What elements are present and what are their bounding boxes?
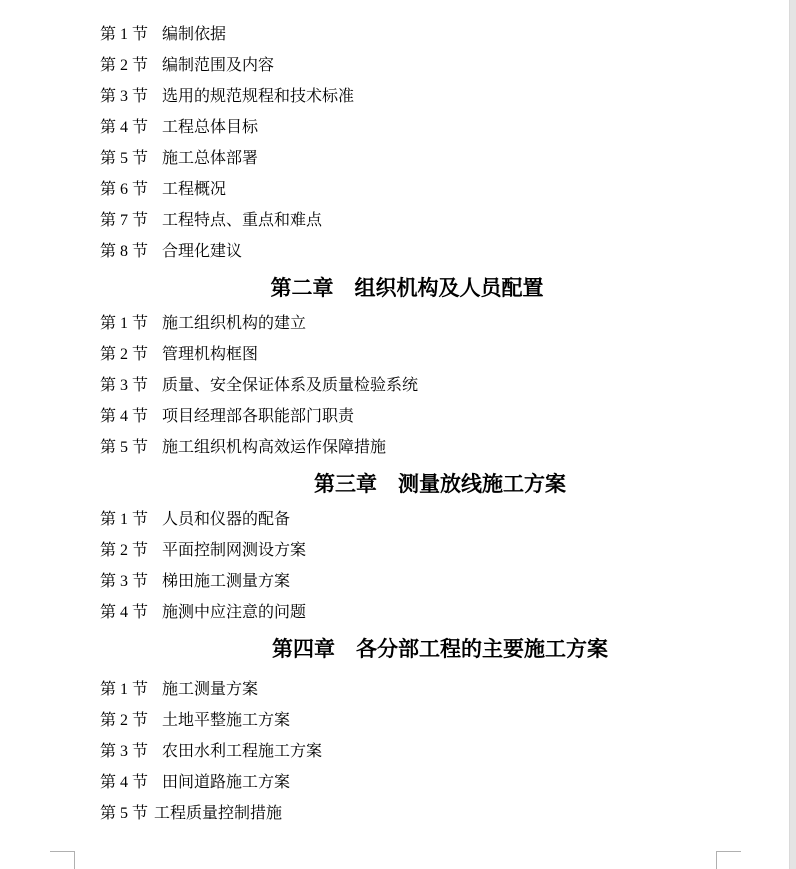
toc-entry[interactable]: 第 4 节田间道路施工方案 <box>100 767 796 798</box>
chapter-4-sections: 第 1 节施工测量方案 第 2 节土地平整施工方案 第 3 节农田水利工程施工方… <box>80 674 796 829</box>
toc-entry[interactable]: 第 3 节质量、安全保证体系及质量检验系统 <box>100 370 796 401</box>
toc-entry[interactable]: 第 2 节编制范围及内容 <box>100 50 796 81</box>
section-title: 项目经理部各职能部门职责 <box>162 408 354 425</box>
section-title: 工程特点、重点和难点 <box>162 212 322 229</box>
section-number: 第 7 节 <box>100 212 148 229</box>
section-title: 工程总体目标 <box>162 119 258 136</box>
section-title: 选用的规范规程和技术标准 <box>162 88 354 105</box>
toc-entry[interactable]: 第 4 节项目经理部各职能部门职责 <box>100 401 796 432</box>
chapter-2-heading[interactable]: 第二章 组织机构及人员配置 <box>80 269 796 307</box>
section-number: 第 1 节 <box>100 681 148 698</box>
chapter-2-sections: 第 1 节施工组织机构的建立 第 2 节管理机构框图 第 3 节质量、安全保证体… <box>80 308 796 463</box>
section-number: 第 3 节 <box>100 743 148 760</box>
section-title: 施工总体部署 <box>162 150 258 167</box>
section-number: 第 2 节 <box>100 346 148 363</box>
section-number: 第 6 节 <box>100 181 148 198</box>
section-title: 编制依据 <box>162 26 226 43</box>
section-title: 土地平整施工方案 <box>162 712 290 729</box>
section-number: 第 5 节 <box>100 805 148 822</box>
app-background-right-strip <box>789 0 796 869</box>
toc-entry[interactable]: 第 1 节施工测量方案 <box>100 674 796 705</box>
chapter-3-heading[interactable]: 第三章 测量放线施工方案 <box>80 465 796 503</box>
toc-entry[interactable]: 第 5 节工程质量控制措施 <box>100 798 796 829</box>
section-number: 第 4 节 <box>100 774 148 791</box>
toc-entry[interactable]: 第 2 节管理机构框图 <box>100 339 796 370</box>
document-page: 第一章 综合说明 第 1 节编制依据 第 2 节编制范围及内容 第 3 节选用的… <box>0 0 796 869</box>
toc-entry[interactable]: 第 6 节工程概况 <box>100 174 796 205</box>
section-number: 第 3 节 <box>100 573 148 590</box>
chapter-2-title: 第二章 组织机构及人员配置 <box>271 276 544 300</box>
section-number: 第 5 节 <box>100 150 148 167</box>
toc-entry[interactable]: 第 8 节合理化建议 <box>100 236 796 267</box>
toc-entry[interactable]: 第 2 节平面控制网测设方案 <box>100 535 796 566</box>
section-title: 农田水利工程施工方案 <box>162 743 322 760</box>
section-title: 合理化建议 <box>162 243 242 260</box>
toc-entry[interactable]: 第 1 节人员和仪器的配备 <box>100 504 796 535</box>
section-title: 人员和仪器的配备 <box>162 511 290 528</box>
section-number: 第 1 节 <box>100 315 148 332</box>
section-number: 第 1 节 <box>100 511 148 528</box>
section-number: 第 4 节 <box>100 604 148 621</box>
bottom-left-margin-mark <box>50 851 75 869</box>
section-number: 第 4 节 <box>100 408 148 425</box>
toc-entry[interactable]: 第 2 节土地平整施工方案 <box>100 705 796 736</box>
section-number: 第 5 节 <box>100 439 148 456</box>
toc-entry[interactable]: 第 4 节工程总体目标 <box>100 112 796 143</box>
section-title: 施测中应注意的问题 <box>162 604 306 621</box>
chapter-4-title: 第四章 各分部工程的主要施工方案 <box>272 637 608 661</box>
section-number: 第 8 节 <box>100 243 148 260</box>
section-title: 工程概况 <box>162 181 226 198</box>
chapter-3-title: 第三章 测量放线施工方案 <box>314 472 566 496</box>
toc-entry[interactable]: 第 1 节施工组织机构的建立 <box>100 308 796 339</box>
chapter-1-sections: 第 1 节编制依据 第 2 节编制范围及内容 第 3 节选用的规范规程和技术标准… <box>80 19 796 267</box>
section-title: 施工组织机构的建立 <box>162 315 306 332</box>
section-title: 施工组织机构高效运作保障措施 <box>162 439 386 456</box>
chapter-3-sections: 第 1 节人员和仪器的配备 第 2 节平面控制网测设方案 第 3 节梯田施工测量… <box>80 504 796 628</box>
section-number: 第 3 节 <box>100 377 148 394</box>
section-title: 平面控制网测设方案 <box>162 542 306 559</box>
toc-entry[interactable]: 第 7 节工程特点、重点和难点 <box>100 205 796 236</box>
section-title: 管理机构框图 <box>162 346 258 363</box>
section-title: 梯田施工测量方案 <box>162 573 290 590</box>
section-title: 编制范围及内容 <box>162 57 274 74</box>
section-number: 第 2 节 <box>100 57 148 74</box>
chapter-1-heading[interactable]: 第一章 综合说明 <box>80 0 796 8</box>
bottom-right-margin-mark <box>716 851 741 869</box>
section-title: 工程质量控制措施 <box>154 805 282 822</box>
chapter-4-heading[interactable]: 第四章 各分部工程的主要施工方案 <box>80 630 796 668</box>
toc-entry[interactable]: 第 1 节编制依据 <box>100 19 796 50</box>
section-title: 田间道路施工方案 <box>162 774 290 791</box>
section-number: 第 2 节 <box>100 542 148 559</box>
toc-content: 第一章 综合说明 第 1 节编制依据 第 2 节编制范围及内容 第 3 节选用的… <box>80 0 796 829</box>
toc-entry[interactable]: 第 5 节施工总体部署 <box>100 143 796 174</box>
toc-entry[interactable]: 第 3 节农田水利工程施工方案 <box>100 736 796 767</box>
section-title: 质量、安全保证体系及质量检验系统 <box>162 377 418 394</box>
toc-entry[interactable]: 第 3 节梯田施工测量方案 <box>100 566 796 597</box>
toc-entry[interactable]: 第 3 节选用的规范规程和技术标准 <box>100 81 796 112</box>
section-number: 第 2 节 <box>100 712 148 729</box>
section-number: 第 1 节 <box>100 26 148 43</box>
toc-entry[interactable]: 第 4 节施测中应注意的问题 <box>100 597 796 628</box>
toc-entry[interactable]: 第 5 节施工组织机构高效运作保障措施 <box>100 432 796 463</box>
section-number: 第 3 节 <box>100 88 148 105</box>
section-number: 第 4 节 <box>100 119 148 136</box>
section-title: 施工测量方案 <box>162 681 258 698</box>
